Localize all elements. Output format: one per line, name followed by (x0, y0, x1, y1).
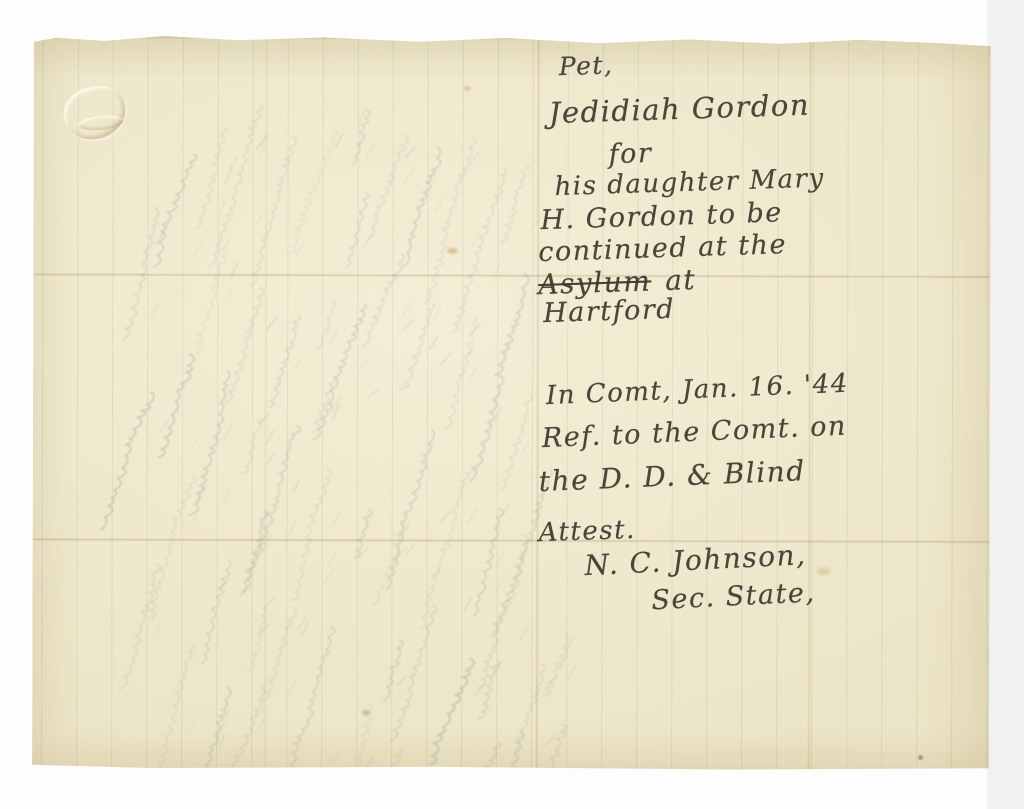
manuscript-page: Pet, Jedidiah Gordon for his daughter Ma… (32, 35, 991, 771)
speck (918, 755, 923, 760)
smudge (362, 710, 370, 716)
action-attest: Attest. (538, 515, 636, 548)
stain (464, 86, 471, 91)
docket-for: for (608, 138, 653, 170)
docket-line-place: Hartford (543, 294, 676, 329)
docket-heading: Pet, (558, 50, 613, 81)
docket-after-struck: at (665, 263, 697, 297)
scanned-document: Pet, Jedidiah Gordon for his daughter Ma… (0, 0, 1024, 809)
bleedthrough-writing (32, 35, 991, 771)
ink-stain (447, 248, 457, 254)
stain (817, 568, 831, 575)
